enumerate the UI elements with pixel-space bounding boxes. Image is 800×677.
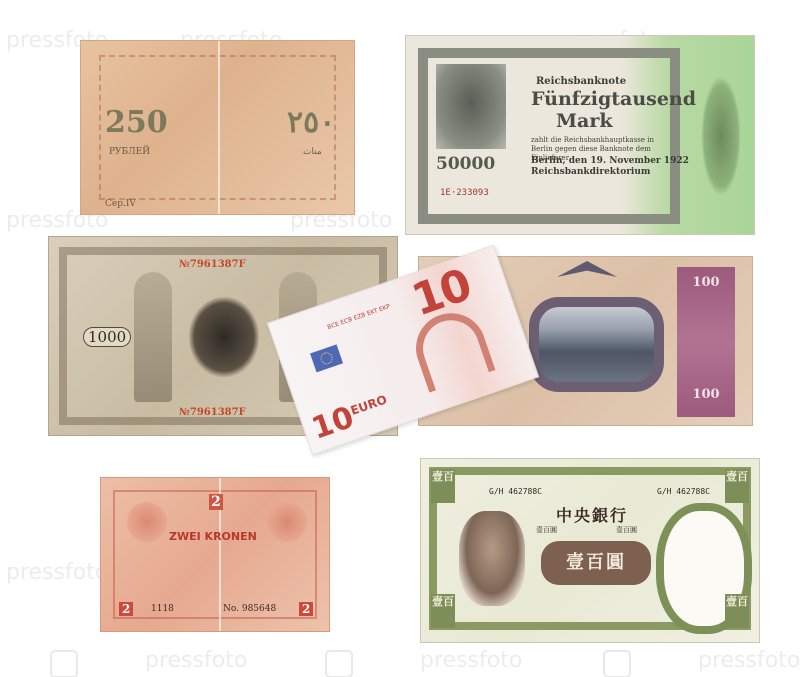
corner-value-tr: 壹百 (725, 469, 749, 503)
castle-vignette (529, 297, 664, 392)
eu-flag-icon (310, 344, 343, 372)
currency-label-ar: منات (303, 147, 322, 157)
corner-value-bl: 壹百 (431, 594, 455, 628)
value-left: 2 (119, 602, 133, 616)
green-rosette (701, 76, 741, 196)
title-text: ZWEI KRONEN (169, 530, 257, 543)
banknote-germany-50000-mark: 50000 Reichsbanknote Fünfzigtausend Mark… (405, 35, 755, 235)
issuer-abbreviations: BCE ECB EZB EKT EKP (327, 303, 392, 331)
date-text: Berlin, den 19. November 1922 (531, 156, 689, 166)
title-line2: Mark (556, 112, 613, 131)
title-line1: Fünfzigtausend (531, 90, 696, 109)
header-text: Reichsbanknote (536, 76, 626, 87)
series-code: 1118 (151, 604, 174, 614)
portrait (436, 64, 506, 149)
watermark-text: pressfoto (698, 648, 800, 673)
camera-icon (603, 650, 631, 677)
corner-value-br: 壹百 (725, 594, 749, 628)
value-bottom: 100 (677, 387, 735, 402)
value-cartouche: 壹百圓 (541, 541, 651, 585)
issuer-text: Reichsbankdirektorium (531, 167, 650, 177)
corner-value-tl: 壹百 (431, 469, 455, 503)
value-numeral: 50000 (436, 154, 495, 174)
value-numeral-left: 250 (105, 105, 168, 140)
value-panel: 100 100 (677, 267, 735, 417)
serial-number-right: G/H 462788C (657, 487, 710, 496)
fold-crease (218, 41, 220, 214)
value-top: 100 (677, 275, 735, 290)
value-sub-left: 壹百圓 (536, 525, 557, 535)
value-numeral: 1000 (83, 327, 131, 347)
camera-icon (50, 650, 78, 677)
banknote-austria-2-kronen: 2 ZWEI KRONEN 2 2 1118 No. 985648 (100, 477, 330, 632)
eagle-emblem (189, 297, 259, 377)
bank-name: 中央銀行 (556, 503, 628, 526)
currency-label-ru: РУБЛЕЙ (109, 147, 150, 157)
value-sub-right: 壹百圓 (616, 525, 637, 535)
serial-number-top: №7961387F (179, 259, 246, 270)
portrait (459, 511, 525, 606)
value-right: 2 (299, 602, 313, 616)
camera-icon (325, 650, 353, 677)
banknote-azerbaijan-250-rubles: 250 РУБЛЕЙ ٢٥٠ منات Сер.IV (80, 40, 355, 215)
watermark-text: pressfoto (420, 648, 522, 673)
banknote-china-100-yuan: 中央銀行 壹百圓 壹百圓 壹百圓 G/H 462788C G/H 462788C… (420, 458, 760, 643)
allegorical-figure-left (134, 272, 172, 402)
portrait-left (127, 502, 167, 542)
series-label: Сер.IV (105, 199, 136, 209)
serial-number-bottom: №7961387F (179, 407, 246, 418)
currency-label: EURO (349, 392, 389, 417)
serial-number: 1E·233093 (440, 188, 489, 198)
watermark-text: pressfoto (6, 560, 108, 585)
value-numeral-right: ٢٥٠ (287, 105, 335, 140)
watermark-text: pressfoto (145, 648, 247, 673)
value-top: 2 (209, 494, 223, 510)
eagle-emblem (557, 261, 617, 277)
portrait-right (267, 502, 307, 542)
serial-number-left: G/H 462788C (489, 487, 542, 496)
serial-number: No. 985648 (223, 604, 276, 614)
